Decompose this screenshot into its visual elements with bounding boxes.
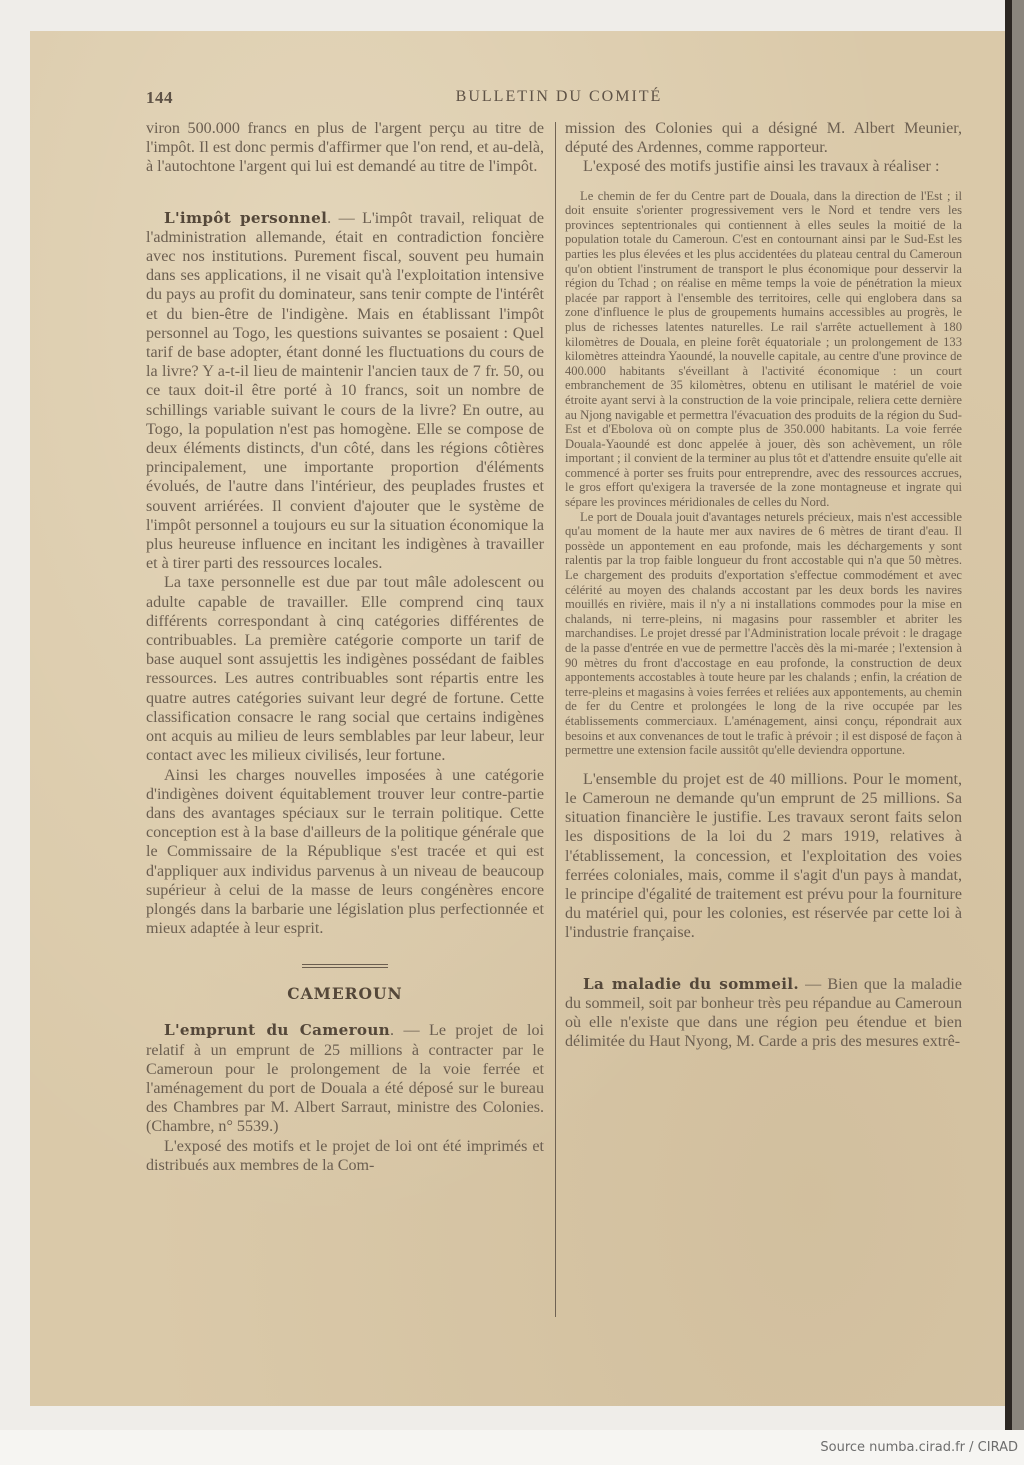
- quote-chemin-de-fer: Le chemin de fer du Centre part de Doual…: [565, 189, 962, 510]
- right-column: mission des Colonies qui a désigné M. Al…: [565, 119, 962, 1051]
- maladie-paragraph: La maladie du sommeil. — Bien que la mal…: [565, 975, 962, 1052]
- column-divider: [555, 122, 556, 1317]
- charges-nouvelles-paragraph: Ainsi les charges nouvelles imposées à u…: [146, 766, 544, 939]
- impot-personnel-paragraph: L'impôt personnel. — L'impôt travail, re…: [146, 209, 544, 574]
- book-binding-shadow: [1012, 0, 1024, 1430]
- continuation-paragraph: viron 500.000 francs en plus de l'argent…: [146, 119, 544, 177]
- left-column: viron 500.000 francs en plus de l'argent…: [146, 119, 544, 1175]
- taxe-personnelle-paragraph: La taxe personnelle est due par tout mâl…: [146, 573, 544, 765]
- impot-personnel-heading: L'impôt personnel: [164, 209, 327, 227]
- expose-paragraph: L'exposé des motifs et le projet de loi …: [146, 1137, 544, 1175]
- emprunt-paragraph: L'emprunt du Cameroun. — Le projet de lo…: [146, 1021, 544, 1136]
- section-title-cameroun: CAMEROUN: [146, 984, 544, 1003]
- running-header: 144 BULLETIN DU COMITÉ: [146, 88, 972, 112]
- maladie-heading: La maladie du sommeil.: [583, 975, 799, 993]
- intro-paragraph: L'exposé des motifs justifie ainsi les t…: [565, 157, 962, 176]
- section-separator: [302, 964, 388, 968]
- source-caption: Source numba.cirad.fr / CIRAD: [820, 1440, 1018, 1455]
- continuation-paragraph: mission des Colonies qui a désigné M. Al…: [565, 119, 962, 157]
- quote-port-de-douala: Le port de Douala jouit d'avantages netu…: [565, 510, 962, 758]
- quoted-expose: Le chemin de fer du Centre part de Doual…: [565, 189, 962, 758]
- book-binding-edge: [1005, 0, 1012, 1430]
- running-title: BULLETIN DU COMITÉ: [146, 88, 972, 106]
- emprunt-heading: L'emprunt du Cameroun: [164, 1021, 390, 1039]
- ensemble-paragraph: L'ensemble du projet est de 40 millions.…: [565, 770, 962, 943]
